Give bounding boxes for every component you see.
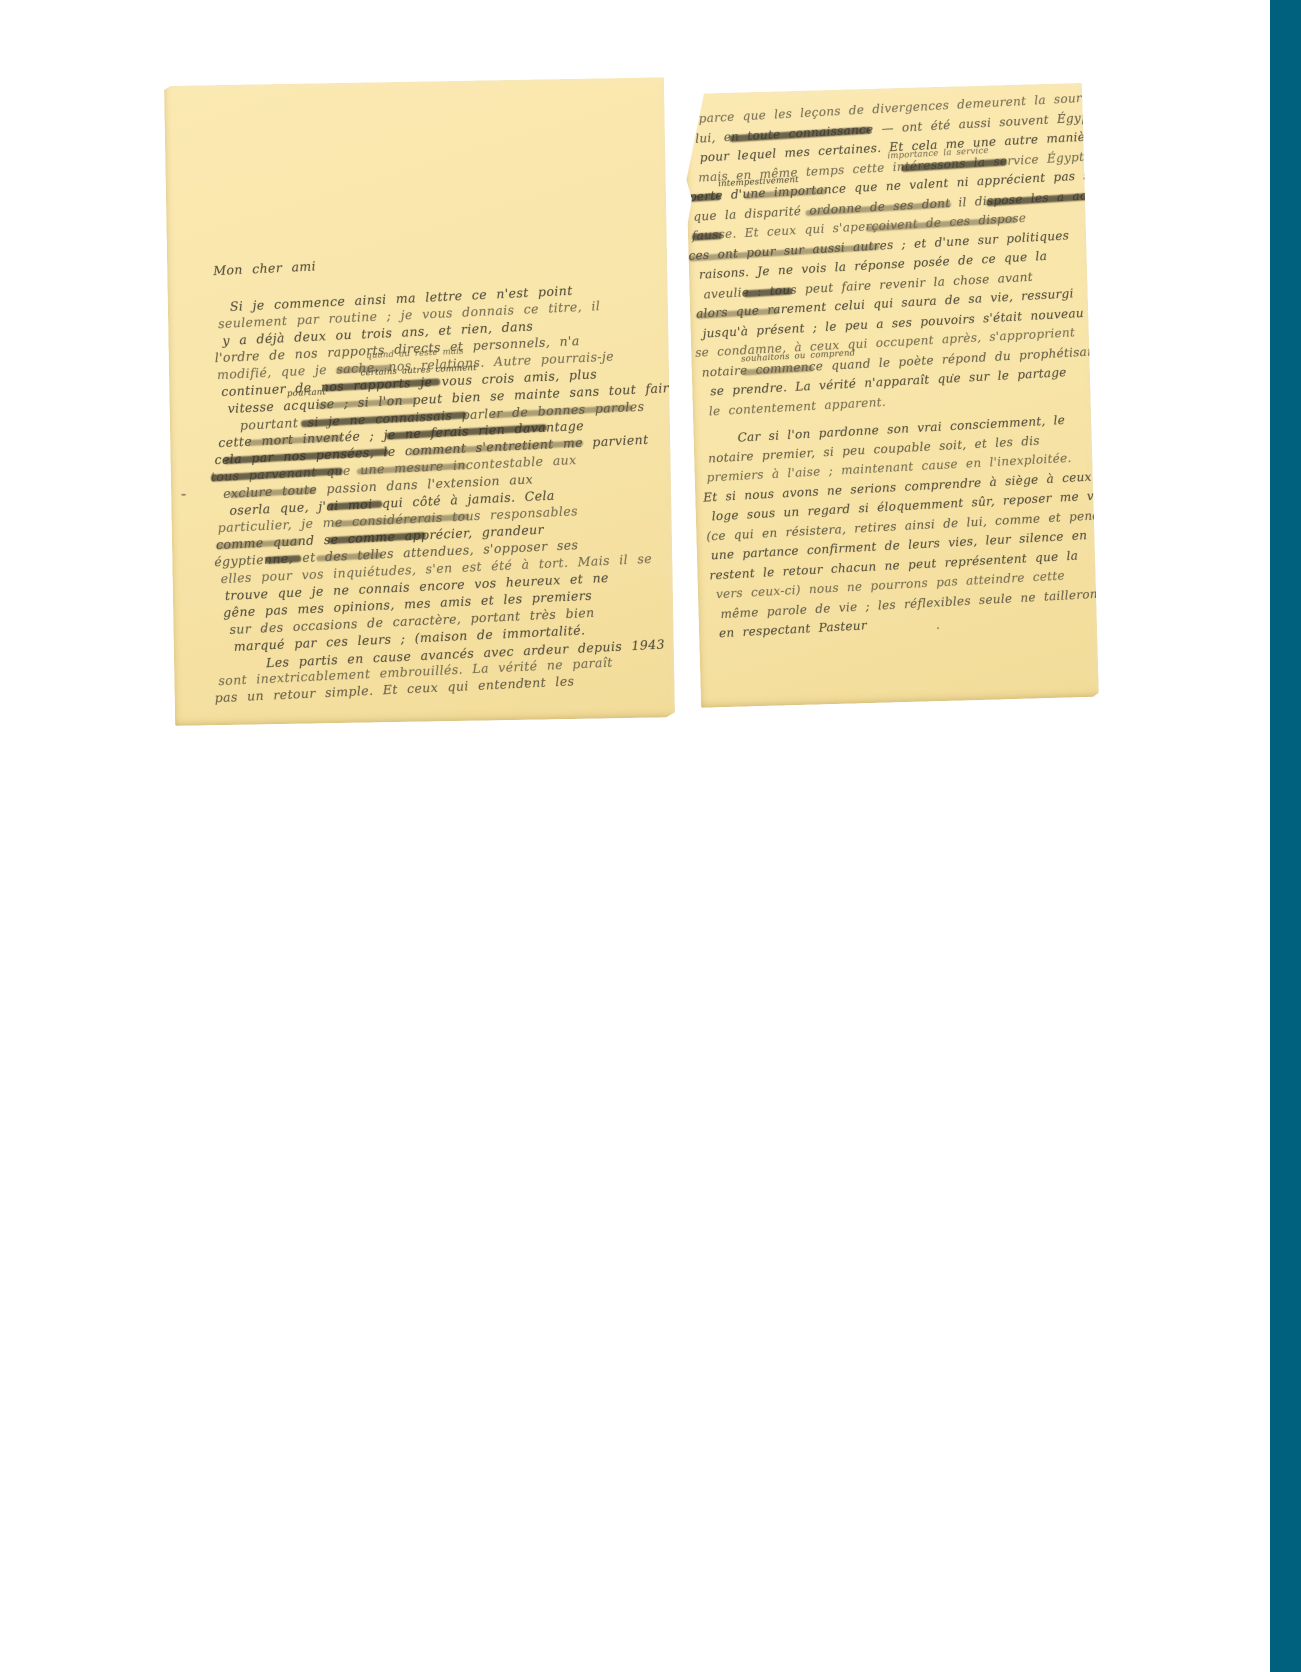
manuscript-page-left: Mon cher ami Si je commence ainsi ma let… [164, 77, 675, 726]
handwriting-line: en respectant Pasteur [719, 618, 868, 640]
interlinear-insertion: pourtant [287, 387, 327, 399]
handwriting-text: en respectant Pasteur [719, 618, 868, 640]
handwriting-line: le contentement apparent. [708, 395, 886, 419]
manuscript-page-right: parce que les leçons de divergences deme… [684, 83, 1099, 708]
salutation-line: Mon cher ami [213, 258, 316, 278]
photo-background: Mon cher ami Si je commence ainsi ma let… [0, 0, 1301, 1672]
right-accent-bar [1270, 0, 1301, 1672]
ink-speck [181, 494, 186, 496]
ink-speck [937, 627, 939, 629]
handwriting-text: le contentement apparent. [708, 395, 886, 419]
